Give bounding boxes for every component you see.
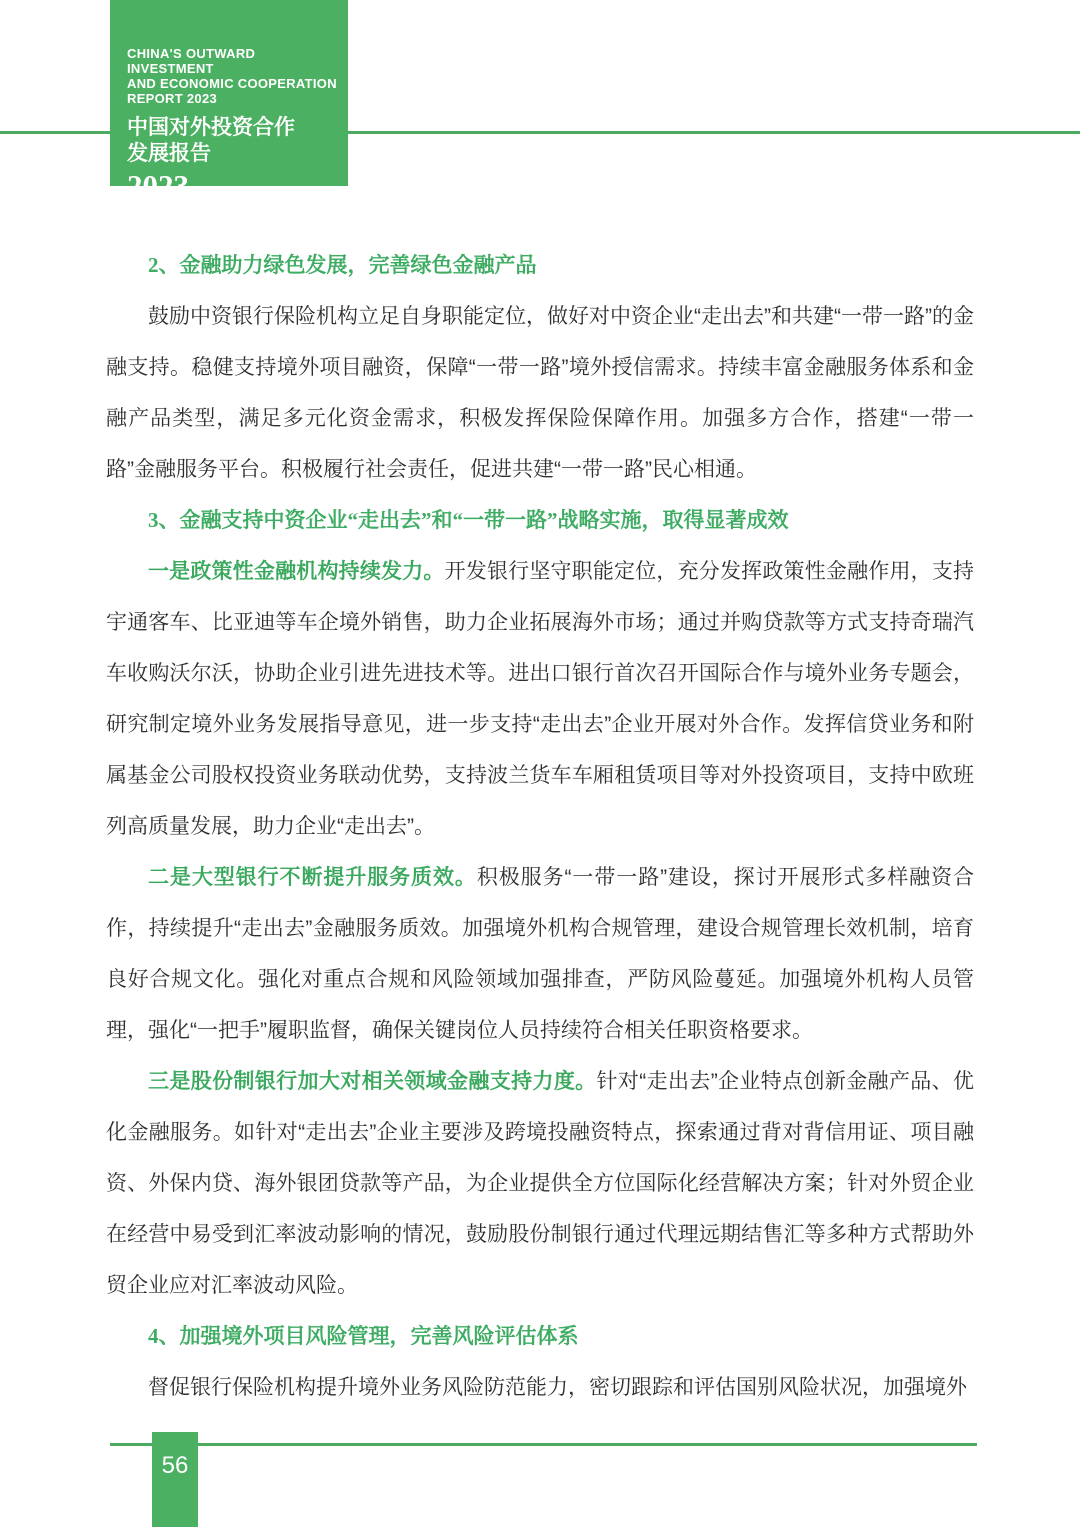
- paragraph-large-banks: 二是大型银行不断提升服务质效。积极服务“一带一路”建设，探讨开展形式多样融资合作…: [106, 852, 974, 1056]
- paragraph-text: 鼓励中资银行保险机构立足自身职能定位，做好对中资企业“走出去”和共建“一带一路”…: [106, 305, 974, 481]
- report-title-english: CHINA'S OUTWARD INVESTMENT AND ECONOMIC …: [127, 46, 340, 106]
- report-title-english-line1: CHINA'S OUTWARD INVESTMENT: [127, 46, 340, 76]
- report-header-banner: CHINA'S OUTWARD INVESTMENT AND ECONOMIC …: [110, 0, 348, 186]
- paragraph-risk-management: 督促银行保险机构提升境外业务风险防范能力，密切跟踪和评估国别风险状况，加强境外: [106, 1362, 974, 1413]
- paragraph-green-finance: 鼓励中资银行保险机构立足自身职能定位，做好对中资企业“走出去”和共建“一带一路”…: [106, 291, 974, 495]
- paragraph-text: 开发银行坚守职能定位，充分发挥政策性金融作用，支持宇通客车、比亚迪等车企境外销售…: [106, 560, 974, 838]
- paragraph-lead: 一是政策性金融机构持续发力。: [148, 560, 445, 583]
- paragraph-lead: 二是大型银行不断提升服务质效。: [148, 866, 477, 889]
- document-body: 2、金融助力绿色发展，完善绿色金融产品 鼓励中资银行保险机构立足自身职能定位，做…: [106, 240, 974, 1413]
- report-year: 2023: [127, 169, 340, 202]
- paragraph-text: 积极服务“一带一路”建设，探讨开展形式多样融资合作，持续提升“走出去”金融服务质…: [106, 866, 974, 1042]
- report-page: CHINA'S OUTWARD INVESTMENT AND ECONOMIC …: [0, 0, 1080, 1527]
- paragraph-text: 针对“走出去”企业特点创新金融产品、优化金融服务。如针对“走出去”企业主要涉及跨…: [106, 1070, 974, 1297]
- page-number: 56: [162, 1452, 189, 1479]
- report-title-chinese-line2: 发展报告: [127, 141, 340, 167]
- paragraph-joint-stock-banks: 三是股份制银行加大对相关领域金融支持力度。针对“走出去”企业特点创新金融产品、优…: [106, 1056, 974, 1311]
- paragraph-lead: 三是股份制银行加大对相关领域金融支持力度。: [148, 1070, 597, 1093]
- report-title-english-line3: REPORT 2023: [127, 91, 340, 106]
- report-title-english-line2: AND ECONOMIC COOPERATION: [127, 76, 340, 91]
- section-heading-4: 4、加强境外项目风险管理，完善风险评估体系: [106, 1311, 974, 1362]
- page-number-badge: 56: [152, 1432, 198, 1527]
- footer-rule: [110, 1443, 977, 1446]
- report-title-chinese: 中国对外投资合作 发展报告: [127, 115, 340, 167]
- section-heading-3: 3、金融支持中资企业“走出去”和“一带一路”战略实施，取得显著成效: [106, 495, 974, 546]
- report-title-chinese-line1: 中国对外投资合作: [127, 115, 340, 141]
- paragraph-policy-banks: 一是政策性金融机构持续发力。开发银行坚守职能定位，充分发挥政策性金融作用，支持宇…: [106, 546, 974, 852]
- paragraph-text: 督促银行保险机构提升境外业务风险防范能力，密切跟踪和评估国别风险状况，加强境外: [148, 1376, 967, 1399]
- section-heading-2: 2、金融助力绿色发展，完善绿色金融产品: [106, 240, 974, 291]
